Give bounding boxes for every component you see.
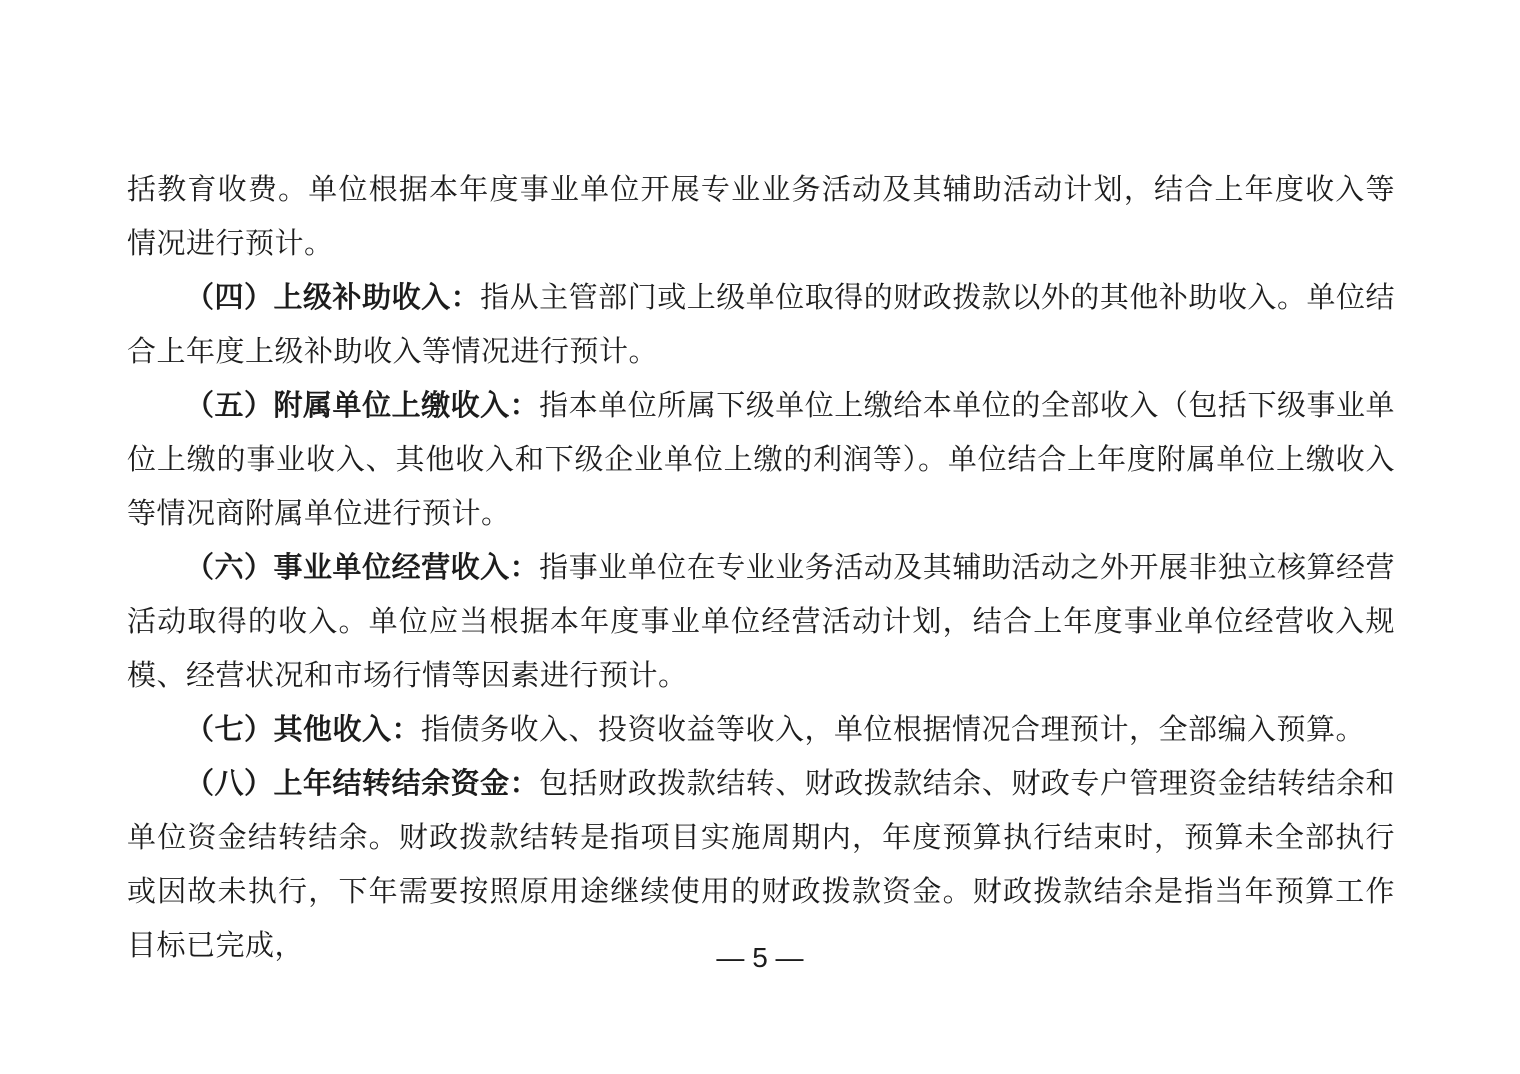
paragraph-text: 指债务收入、投资收益等收入，单位根据情况合理预计，全部编入预算。 [421, 714, 1365, 746]
paragraph-label: （五）附属单位上缴收入： [185, 390, 539, 422]
paragraph-continuation: 括教育收费。单位根据本年度事业单位开展专业业务活动及其辅助活动计划，结合上年度收… [127, 163, 1395, 271]
paragraph-label: （四）上级补助收入： [185, 282, 480, 314]
document-page: 括教育收费。单位根据本年度事业单位开展专业业务活动及其辅助活动计划，结合上年度收… [0, 0, 1520, 1074]
paragraph-label: （八）上年结转结余资金： [185, 768, 539, 800]
page-number: — 5 — [0, 938, 1520, 978]
document-body: 括教育收费。单位根据本年度事业单位开展专业业务活动及其辅助活动计划，结合上年度收… [127, 163, 1395, 973]
paragraph-text: 括教育收费。单位根据本年度事业单位开展专业业务活动及其辅助活动计划，结合上年度收… [127, 174, 1395, 260]
paragraph-item-4: （四）上级补助收入：指从主管部门或上级单位取得的财政拨款以外的其他补助收入。单位… [127, 271, 1395, 379]
paragraph-item-6: （六）事业单位经营收入：指事业单位在专业业务活动及其辅助活动之外开展非独立核算经… [127, 541, 1395, 703]
paragraph-label: （七）其他收入： [185, 714, 421, 746]
paragraph-item-5: （五）附属单位上缴收入：指本单位所属下级单位上缴给本单位的全部收入（包括下级事业… [127, 379, 1395, 541]
paragraph-item-7: （七）其他收入：指债务收入、投资收益等收入，单位根据情况合理预计，全部编入预算。 [127, 703, 1395, 757]
paragraph-label: （六）事业单位经营收入： [185, 552, 539, 584]
